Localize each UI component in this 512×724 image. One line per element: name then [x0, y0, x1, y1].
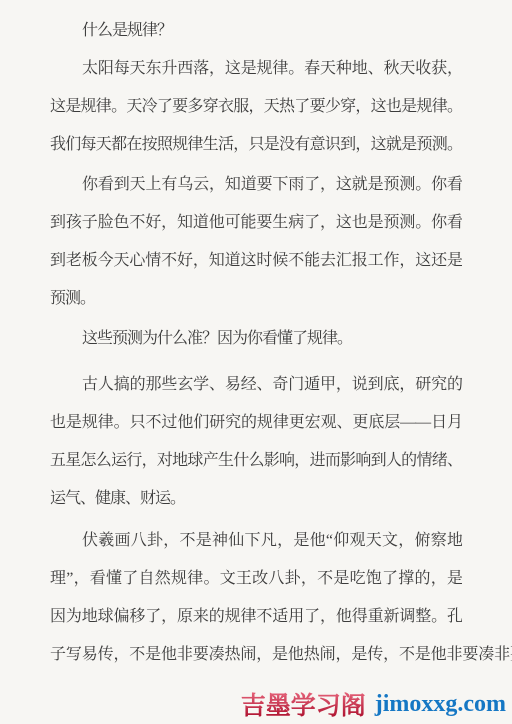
- text-line: 伏羲画八卦，不是神仙下凡，是他“仰观天文，俯察地: [50, 522, 462, 560]
- watermark: 吉墨学习阁 jimoxxg.com: [241, 686, 506, 722]
- text-line: 也是规律。只不过他们研究的规律更宏观、更底层——日月: [50, 404, 462, 442]
- text-line: 古人搞的那些玄学、易经、奇门遁甲，说到底，研究的: [50, 366, 462, 404]
- text-line: 到孩子脸色不好，知道他可能要生病了，这也是预测。你看: [50, 204, 462, 242]
- text-line: 理”，看懂了自然规律。文王改八卦，不是吃饱了撑的，是: [50, 560, 462, 598]
- text-line: 太阳每天东升西落，这是规律。春天种地、秋天收获，: [50, 50, 462, 88]
- text-line: 这些预测为什么准？因为你看懂了规律。: [50, 320, 462, 358]
- text-line: 子写易传，不是他非要凑热闹，是他热闹，是传，不是他非要凑非要: [50, 636, 512, 674]
- text-line: 你看到天上有乌云，知道要下雨了，这就是预测。你看: [50, 166, 462, 204]
- text-line: 预测。: [50, 280, 462, 318]
- text-line: 我们每天都在按照规律生活，只是没有意识到，这就是预测。: [50, 126, 462, 164]
- text-line: 五星怎么运行，对地球产生什么影响，进而影响到人的情绪、: [50, 442, 462, 480]
- text-line: 到老板今天心情不好，知道这时候不能去汇报工作，这还是: [50, 242, 462, 280]
- text-line: 这是规律。天冷了要多穿衣服，天热了要少穿，这也是规律。: [50, 88, 462, 126]
- text-line: 因为地球偏移了，原来的规律不适用了，他得重新调整。孔: [50, 598, 462, 636]
- watermark-site-url: jimoxxg.com: [375, 691, 506, 718]
- document-body: 什么是规律？太阳每天东升西落，这是规律。春天种地、秋天收获，这是规律。天冷了要多…: [50, 12, 462, 674]
- text-line: 运气、健康、财运。: [50, 480, 462, 518]
- text-line: 什么是规律？: [50, 12, 462, 50]
- watermark-site-name: 吉墨学习阁: [241, 686, 366, 722]
